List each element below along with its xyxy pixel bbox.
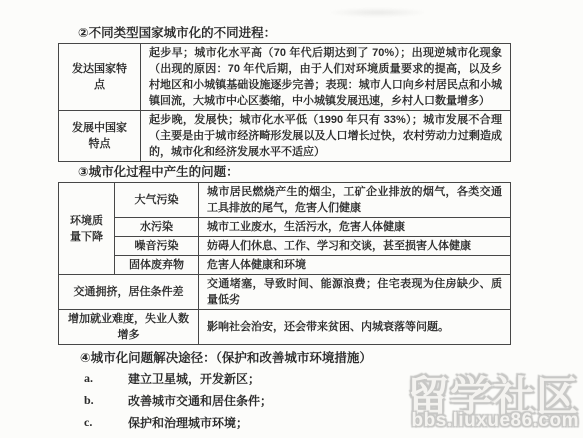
- country-urbanization-table: 发达国家特点 起步早；城市化水平高（70 年代后期达到了 70%）；出现逆城市化…: [58, 43, 511, 162]
- traffic-housing-desc: 交通堵塞，导致时间、能源浪费；住宅表现为住房缺少、质量低劣: [199, 275, 511, 310]
- developed-country-row: 发达国家特点 起步早；城市化水平高（70 年代后期达到了 70%）；出现逆城市化…: [59, 44, 511, 111]
- solutions-list: a. 建立卫星城，开发新区； b. 改善城市交通和居住条件； c. 保护和治理城…: [84, 367, 272, 433]
- developing-country-content: 起步晚，发展快；城市化水平低（1990 年只有 33%）；城市发展不合理（主要是…: [141, 111, 511, 162]
- developing-country-row: 发展中国家特点 起步晚，发展快；城市化水平低（1990 年只有 33%）；城市发…: [59, 111, 511, 162]
- unemployment-row: 增加就业难度，失业人数增多 影响社会治安，还会带来贫困、内城衰落等问题。: [59, 310, 511, 345]
- noise-pollution-desc: 妨碍人们休息、工作、学习和交谈，甚至损害人体健康: [199, 237, 511, 256]
- noise-pollution-label: 噪音污染: [115, 237, 199, 256]
- section-heading-3: ③城市化过程中产生的问题：: [78, 164, 239, 180]
- water-pollution-desc: 城市工业废水，生活污水，危害人体健康: [199, 218, 511, 237]
- solid-waste-desc: 危害人体健康和环境: [199, 256, 511, 275]
- environment-quality-label: 环境质量下降: [59, 183, 115, 275]
- solution-text-c: 保护和治理城市环境；: [128, 414, 248, 431]
- solution-marker-c: c.: [84, 415, 128, 430]
- air-pollution-label: 大气污染: [115, 183, 199, 218]
- scan-smudge-artifact: [330, 8, 425, 17]
- air-pollution-row: 环境质量下降 大气污染 城市居民燃烧产生的烟尘，工矿企业排放的烟气，各类交通工具…: [59, 183, 511, 218]
- section-heading-4: ④城市化问题解决途径：（保护和改善城市环境措施）: [80, 350, 372, 366]
- solution-text-b: 改善城市交通和居住条件；: [128, 392, 272, 409]
- solution-item-a: a. 建立卫星城，开发新区；: [84, 367, 272, 389]
- air-pollution-desc: 城市居民燃烧产生的烟尘，工矿企业排放的烟气，各类交通工具排放的尾气，危害人们健康: [199, 183, 511, 218]
- watermark-url: bbs.liuxue86.com: [407, 410, 579, 432]
- developing-country-label: 发展中国家特点: [59, 111, 141, 162]
- solution-item-b: b. 改善城市交通和居住条件；: [84, 389, 272, 411]
- developed-country-label: 发达国家特点: [59, 44, 141, 111]
- developed-country-content: 起步早；城市化水平高（70 年代后期达到了 70%）；出现逆城市化现象（出现的原…: [141, 44, 511, 111]
- unemployment-desc: 影响社会治安，还会带来贫困、内城衰落等问题。: [199, 310, 511, 345]
- unemployment-label: 增加就业难度，失业人数增多: [59, 310, 199, 345]
- section-heading-2: ②不同类型国家城市化的不同进程：: [78, 25, 276, 41]
- watermark-title: 留学社区: [407, 376, 579, 418]
- solid-waste-row: 固体废弃物 危害人体健康和环境: [59, 256, 511, 275]
- urbanization-problems-table: 环境质量下降 大气污染 城市居民燃烧产生的烟尘，工矿企业排放的烟气，各类交通工具…: [58, 182, 511, 345]
- traffic-housing-label: 交通拥挤，居住条件差: [59, 275, 199, 310]
- traffic-housing-row: 交通拥挤，居住条件差 交通堵塞，导致时间、能源浪费；住宅表现为住房缺少、质量低劣: [59, 275, 511, 310]
- water-pollution-row: 水污染 城市工业废水，生活污水，危害人体健康: [59, 218, 511, 237]
- solution-item-c: c. 保护和治理城市环境；: [84, 411, 272, 433]
- solution-marker-a: a.: [84, 371, 128, 386]
- water-pollution-label: 水污染: [115, 218, 199, 237]
- noise-pollution-row: 噪音污染 妨碍人们休息、工作、学习和交谈，甚至损害人体健康: [59, 237, 511, 256]
- solution-text-a: 建立卫星城，开发新区；: [128, 370, 260, 387]
- watermark: 留学社区 bbs.liuxue86.com: [407, 376, 579, 432]
- solid-waste-label: 固体废弃物: [115, 256, 199, 275]
- solution-marker-b: b.: [84, 393, 128, 408]
